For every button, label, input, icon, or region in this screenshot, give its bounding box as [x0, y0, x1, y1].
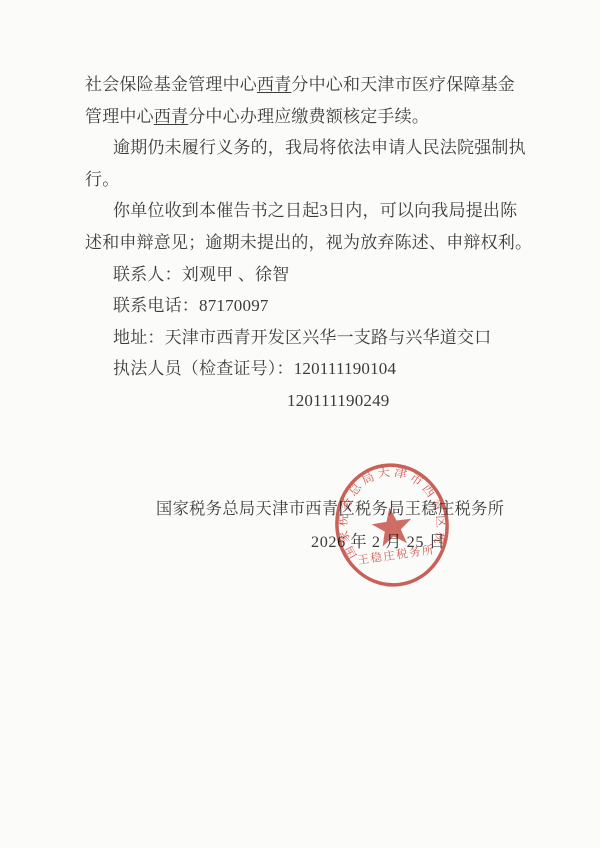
document-line: 120111190249 — [85, 385, 555, 417]
underlined-text: 西青 — [154, 107, 188, 126]
text-segment: 管理中心 — [85, 107, 154, 126]
text-segment: 社会保险基金管理中心 — [85, 75, 257, 94]
text-segment: 分中心和天津市医疗保障基金 — [291, 75, 515, 94]
text-segment: 你单位收到本催告书之日起3日内，可以向我局提出陈 — [113, 201, 517, 220]
document-line: 联系人：刘观甲 、徐智 — [85, 259, 555, 291]
text-segment: 执法人员（检查证号）：120111190104 — [113, 359, 396, 378]
document-line: 述和申辩意见；逾期未提出的，视为放弃陈述、申辩权利。 — [85, 227, 555, 259]
document-line: 联系电话：87170097 — [85, 290, 555, 322]
underlined-text: 西青 — [257, 75, 291, 94]
document-page: 社会保险基金管理中心西青分中心和天津市医疗保障基金管理中心西青分中心办理应缴费额… — [0, 0, 600, 848]
document-line: 管理中心西青分中心办理应缴费额核定手续。 — [85, 101, 555, 133]
text-segment: 述和申辩意见；逾期未提出的，视为放弃陈述、申辩权利。 — [85, 233, 532, 252]
document-lines: 社会保险基金管理中心西青分中心和天津市医疗保障基金管理中心西青分中心办理应缴费额… — [85, 69, 555, 417]
text-segment: 120111190249 — [287, 391, 390, 410]
document-line: 社会保险基金管理中心西青分中心和天津市医疗保障基金 — [85, 69, 555, 101]
text-segment: 联系电话：87170097 — [113, 296, 269, 315]
text-segment: 分中心办理应缴费额核定手续。 — [188, 107, 429, 126]
document-line: 你单位收到本催告书之日起3日内，可以向我局提出陈 — [85, 195, 555, 227]
document-line: 地址：天津市西青开发区兴华一支路与兴华道交口 — [85, 322, 555, 354]
document-line: 执法人员（检查证号）：120111190104 — [85, 353, 555, 385]
document-line: 逾期仍未履行义务的，我局将依法申请人民法院强制执 — [85, 132, 555, 164]
text-segment: 地址：天津市西青开发区兴华一支路与兴华道交口 — [113, 328, 491, 347]
document-line: 行。 — [85, 164, 555, 196]
seal-bottom-text: 王稳庄税务所 — [357, 542, 436, 567]
official-seal-stamp: 国家税务总局天津市西青区税务局 王稳庄税务所 — [322, 455, 462, 595]
text-segment: 行。 — [85, 170, 119, 189]
text-segment: 联系人：刘观甲 、徐智 — [113, 265, 289, 284]
text-segment: 逾期仍未履行义务的，我局将依法申请人民法院强制执 — [113, 138, 526, 157]
star-icon — [370, 504, 415, 547]
